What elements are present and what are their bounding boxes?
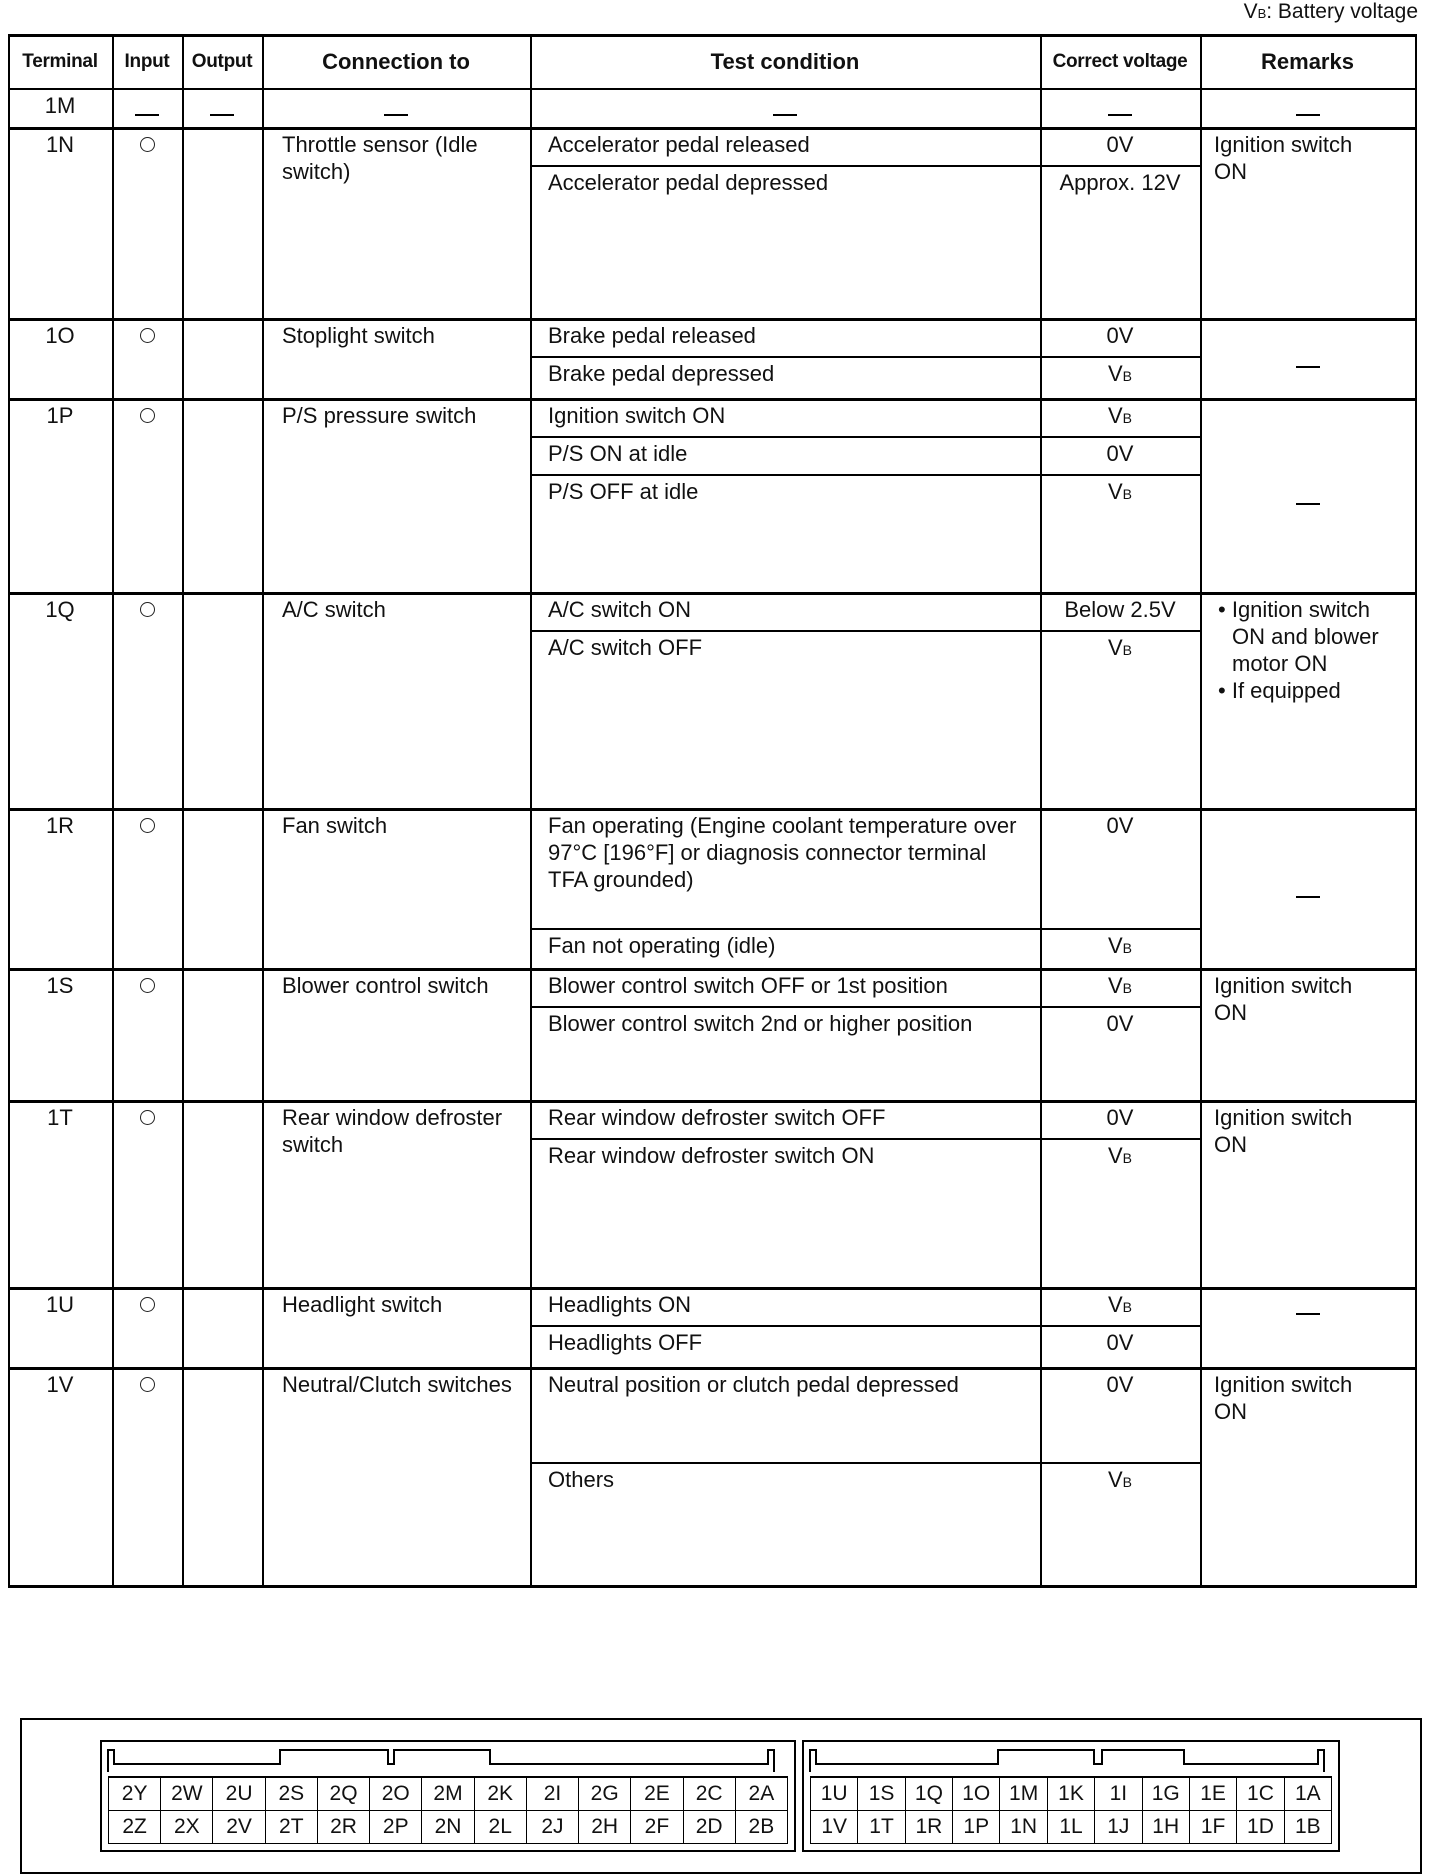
row-divider bbox=[8, 398, 1415, 401]
voltage-cell: VB bbox=[1040, 402, 1200, 432]
connector-pin-1o: 1O bbox=[953, 1778, 1000, 1811]
connector-pin-2o: 2O bbox=[370, 1778, 422, 1811]
header-output: Output bbox=[182, 34, 262, 88]
condition-divider bbox=[530, 630, 1200, 632]
connector-pin-1i: 1I bbox=[1095, 1778, 1142, 1811]
row-divider bbox=[8, 127, 1415, 130]
row-divider bbox=[8, 1287, 1415, 1290]
connector-pin-2u: 2U bbox=[213, 1778, 265, 1811]
connector-pin-1g: 1G bbox=[1143, 1778, 1190, 1811]
condition-cell: Rear window defroster switch ON bbox=[548, 1142, 1018, 1169]
condition-cell: Headlights OFF bbox=[548, 1329, 1018, 1356]
connector-pin-1u: 1U bbox=[811, 1778, 858, 1811]
input-circle-icon bbox=[140, 1110, 155, 1125]
header-connection: Connection to bbox=[262, 34, 530, 88]
connector-pin-2f: 2F bbox=[631, 1811, 683, 1844]
condition-cell: P/S ON at idle bbox=[548, 440, 1018, 467]
voltage-cell: 0V bbox=[1040, 1371, 1200, 1398]
input-cell bbox=[112, 812, 182, 839]
connector-pin-1h: 1H bbox=[1143, 1811, 1190, 1844]
condition-divider bbox=[530, 165, 1200, 167]
dash-icon bbox=[1108, 114, 1132, 116]
connection-cell: P/S pressure switch bbox=[282, 402, 520, 429]
voltage-cell: 0V bbox=[1040, 1010, 1200, 1037]
row-divider bbox=[8, 318, 1415, 321]
connector-pin-2b: 2B bbox=[736, 1811, 788, 1844]
terminal-cell: 1V bbox=[8, 1371, 112, 1398]
connector-pin-2i: 2I bbox=[527, 1778, 579, 1811]
input-circle-icon bbox=[140, 328, 155, 343]
input-cell bbox=[112, 402, 182, 429]
remarks-cell: Ignition switch ON bbox=[1214, 972, 1364, 1026]
dash-icon bbox=[1296, 503, 1320, 505]
voltage-cell: 0V bbox=[1040, 440, 1200, 467]
connector-pin-1l: 1L bbox=[1048, 1811, 1095, 1844]
connector-pin-1d: 1D bbox=[1237, 1811, 1284, 1844]
connection-cell: A/C switch bbox=[282, 596, 520, 623]
row-divider bbox=[8, 1100, 1415, 1103]
connector-pin-2e: 2E bbox=[631, 1778, 683, 1811]
connector-pin-2n: 2N bbox=[422, 1811, 474, 1844]
connection-cell: Blower control switch bbox=[282, 972, 520, 999]
connector-pin-1f: 1F bbox=[1190, 1811, 1237, 1844]
connector-pin-2a: 2A bbox=[736, 1778, 788, 1811]
connector-pin-1v: 1V bbox=[811, 1811, 858, 1844]
voltage-cell: Approx. 12V bbox=[1040, 169, 1200, 196]
input-cell bbox=[112, 1104, 182, 1131]
connector-diagram: 2Y2W2U2S2Q2O2M2K2I2G2E2C2A2Z2X2V2T2R2P2N… bbox=[20, 1718, 1422, 1874]
voltage-cell: 0V bbox=[1040, 1104, 1200, 1131]
connector-pin-2d: 2D bbox=[684, 1811, 736, 1844]
connection-cell: Headlight switch bbox=[282, 1291, 520, 1318]
input-circle-icon bbox=[140, 978, 155, 993]
condition-cell: Accelerator pedal depressed bbox=[548, 169, 1018, 196]
voltage-cell: VB bbox=[1040, 634, 1200, 664]
connector-pin-2w: 2W bbox=[161, 1778, 213, 1811]
remark-item: Ignition switch ON and blower motor ON bbox=[1214, 596, 1405, 677]
voltage-cell: VB bbox=[1040, 932, 1200, 962]
row-divider bbox=[8, 1367, 1415, 1370]
connector-pin-2y: 2Y bbox=[109, 1778, 161, 1811]
condition-cell: Blower control switch 2nd or higher posi… bbox=[548, 1010, 1018, 1037]
remarks-cell: Ignition switch ON bbox=[1214, 131, 1364, 185]
header-input: Input bbox=[112, 34, 182, 88]
input-cell bbox=[112, 100, 182, 127]
condition-divider bbox=[530, 356, 1200, 358]
row-divider bbox=[8, 808, 1415, 811]
condition-divider bbox=[530, 436, 1200, 438]
connection-cell: Neutral/Clutch switches bbox=[282, 1371, 520, 1398]
remarks-cell: Ignition switch ON and blower motor ONIf… bbox=[1214, 596, 1405, 704]
connector-pin-2j: 2J bbox=[527, 1811, 579, 1844]
header-remarks: Remarks bbox=[1200, 34, 1415, 88]
condition-cell: Accelerator pedal released bbox=[548, 131, 1018, 158]
row-divider bbox=[8, 592, 1415, 595]
connector-pin-1a: 1A bbox=[1285, 1778, 1332, 1811]
connection-cell: Stoplight switch bbox=[282, 322, 520, 349]
condition-cell: Ignition switch ON bbox=[548, 402, 1018, 429]
input-cell bbox=[112, 1371, 182, 1398]
connector-pin-2r: 2R bbox=[318, 1811, 370, 1844]
connector-pin-2z: 2Z bbox=[109, 1811, 161, 1844]
voltage-cell: Below 2.5V bbox=[1040, 596, 1200, 623]
dash-icon bbox=[1296, 896, 1320, 898]
connector-pin-1r: 1R bbox=[906, 1811, 953, 1844]
dash-icon bbox=[773, 114, 797, 116]
connector-pin-2p: 2P bbox=[370, 1811, 422, 1844]
condition-divider bbox=[530, 474, 1200, 476]
connector-pin-1k: 1K bbox=[1048, 1778, 1095, 1811]
terminal-cell: 1P bbox=[8, 402, 112, 429]
condition-cell: Neutral position or clutch pedal depress… bbox=[548, 1371, 1018, 1398]
voltage-cell: 0V bbox=[1040, 1329, 1200, 1356]
terminal-cell: 1M bbox=[8, 92, 112, 119]
connector-pin-2h: 2H bbox=[579, 1811, 631, 1844]
connector-pin-1e: 1E bbox=[1190, 1778, 1237, 1811]
header-test-condition: Test condition bbox=[530, 34, 1040, 88]
input-cell bbox=[112, 131, 182, 158]
remarks-cell: Ignition switch ON bbox=[1214, 1371, 1364, 1425]
connector-pin-2c: 2C bbox=[684, 1778, 736, 1811]
terminal-cell: 1Q bbox=[8, 596, 112, 623]
voltage-cell: VB bbox=[1040, 1142, 1200, 1172]
connector-pin-1q: 1Q bbox=[906, 1778, 953, 1811]
condition-cell bbox=[530, 100, 1040, 127]
condition-cell: Fan operating (Engine coolant temperatur… bbox=[548, 812, 1018, 893]
connection-cell: Rear window defroster switch bbox=[282, 1104, 520, 1158]
input-cell bbox=[112, 1291, 182, 1318]
voltage-cell: 0V bbox=[1040, 812, 1200, 839]
remarks-cell bbox=[1200, 489, 1415, 516]
connector-pin-1c: 1C bbox=[1237, 1778, 1284, 1811]
voltage-cell: VB bbox=[1040, 1291, 1200, 1321]
terminal-cell: 1N bbox=[8, 131, 112, 158]
connector-pin-1b: 1B bbox=[1285, 1811, 1332, 1844]
connector-block-2: 2Y2W2U2S2Q2O2M2K2I2G2E2C2A2Z2X2V2T2R2P2N… bbox=[100, 1740, 796, 1852]
input-cell bbox=[112, 322, 182, 349]
remarks-cell bbox=[1200, 352, 1415, 379]
remarks-cell: Ignition switch ON bbox=[1214, 1104, 1364, 1158]
terminal-cell: 1T bbox=[8, 1104, 112, 1131]
connector-key-outline-icon bbox=[804, 1742, 1338, 1776]
condition-divider bbox=[530, 1462, 1200, 1464]
input-cell bbox=[112, 972, 182, 999]
header-correct-voltage: Correct voltage bbox=[1040, 34, 1200, 88]
connector-key-outline-icon bbox=[102, 1742, 794, 1776]
connector-block-1: 1U1S1Q1O1M1K1I1G1E1C1A1V1T1R1P1N1L1J1H1F… bbox=[802, 1740, 1340, 1852]
connector-pin-1n: 1N bbox=[1000, 1811, 1047, 1844]
voltage-cell: VB bbox=[1040, 972, 1200, 1002]
input-circle-icon bbox=[140, 602, 155, 617]
dash-icon bbox=[210, 114, 234, 116]
dash-icon bbox=[1296, 1313, 1320, 1315]
table-bottom-border bbox=[8, 1585, 1417, 1588]
input-circle-icon bbox=[140, 137, 155, 152]
voltage-cell: 0V bbox=[1040, 131, 1200, 158]
condition-divider bbox=[530, 1138, 1200, 1140]
terminal-voltage-table: TerminalInputOutputConnection toTest con… bbox=[0, 0, 1440, 1600]
input-cell bbox=[112, 596, 182, 623]
condition-cell: P/S OFF at idle bbox=[548, 478, 1018, 505]
condition-cell: Headlights ON bbox=[548, 1291, 1018, 1318]
connector-pin-1s: 1S bbox=[858, 1778, 905, 1811]
remarks-cell bbox=[1200, 100, 1415, 127]
remark-item: If equipped bbox=[1214, 677, 1405, 704]
connector-pin-2m: 2M bbox=[422, 1778, 474, 1811]
condition-cell: Brake pedal depressed bbox=[548, 360, 1018, 387]
connector-pin-2t: 2T bbox=[266, 1811, 318, 1844]
connector-pin-1m: 1M bbox=[1000, 1778, 1047, 1811]
connector-pin-1j: 1J bbox=[1095, 1811, 1142, 1844]
connection-cell: Fan switch bbox=[282, 812, 520, 839]
column-divider bbox=[1415, 34, 1417, 1585]
row-divider bbox=[8, 968, 1415, 971]
condition-divider bbox=[530, 1006, 1200, 1008]
connector-pin-2l: 2L bbox=[475, 1811, 527, 1844]
voltage-cell bbox=[1040, 100, 1200, 127]
voltage-cell: VB bbox=[1040, 360, 1200, 390]
connection-cell bbox=[262, 100, 530, 127]
condition-cell: Fan not operating (idle) bbox=[548, 932, 1018, 959]
condition-cell: Blower control switch OFF or 1st positio… bbox=[548, 972, 1018, 999]
terminal-cell: 1U bbox=[8, 1291, 112, 1318]
condition-cell: Others bbox=[548, 1466, 1018, 1493]
connector-pin-1t: 1T bbox=[858, 1811, 905, 1844]
connector-pin-1p: 1P bbox=[953, 1811, 1000, 1844]
connector-pin-2s: 2S bbox=[266, 1778, 318, 1811]
connector-pin-2k: 2K bbox=[475, 1778, 527, 1811]
connector-pin-2q: 2Q bbox=[318, 1778, 370, 1811]
connector-pin-grid-1: 1U1S1Q1O1M1K1I1G1E1C1A1V1T1R1P1N1L1J1H1F… bbox=[810, 1776, 1332, 1844]
condition-cell: Brake pedal released bbox=[548, 322, 1018, 349]
condition-cell: Rear window defroster switch OFF bbox=[548, 1104, 1018, 1131]
dash-icon bbox=[1296, 114, 1320, 116]
connector-pin-2g: 2G bbox=[579, 1778, 631, 1811]
remarks-cell bbox=[1200, 1299, 1415, 1326]
condition-divider bbox=[530, 1325, 1200, 1327]
connector-pin-2v: 2V bbox=[213, 1811, 265, 1844]
connection-cell: Throttle sensor (Idle switch) bbox=[282, 131, 520, 185]
voltage-cell: VB bbox=[1040, 1466, 1200, 1496]
condition-cell: A/C switch ON bbox=[548, 596, 1018, 623]
condition-cell: A/C switch OFF bbox=[548, 634, 1018, 661]
output-cell bbox=[182, 100, 262, 127]
voltage-cell: 0V bbox=[1040, 322, 1200, 349]
remarks-cell bbox=[1200, 882, 1415, 909]
connector-pin-grid-2: 2Y2W2U2S2Q2O2M2K2I2G2E2C2A2Z2X2V2T2R2P2N… bbox=[108, 1776, 788, 1844]
terminal-cell: 1R bbox=[8, 812, 112, 839]
input-circle-icon bbox=[140, 408, 155, 423]
input-circle-icon bbox=[140, 1297, 155, 1312]
terminal-cell: 1O bbox=[8, 322, 112, 349]
voltage-cell: VB bbox=[1040, 478, 1200, 508]
dash-icon bbox=[384, 114, 408, 116]
connector-pin-2x: 2X bbox=[161, 1811, 213, 1844]
dash-icon bbox=[135, 114, 159, 116]
header-terminal: Terminal bbox=[8, 34, 112, 88]
condition-divider bbox=[530, 928, 1200, 930]
input-circle-icon bbox=[140, 1377, 155, 1392]
header-bottom-border bbox=[8, 88, 1415, 90]
dash-icon bbox=[1296, 366, 1320, 368]
input-circle-icon bbox=[140, 818, 155, 833]
terminal-cell: 1S bbox=[8, 972, 112, 999]
